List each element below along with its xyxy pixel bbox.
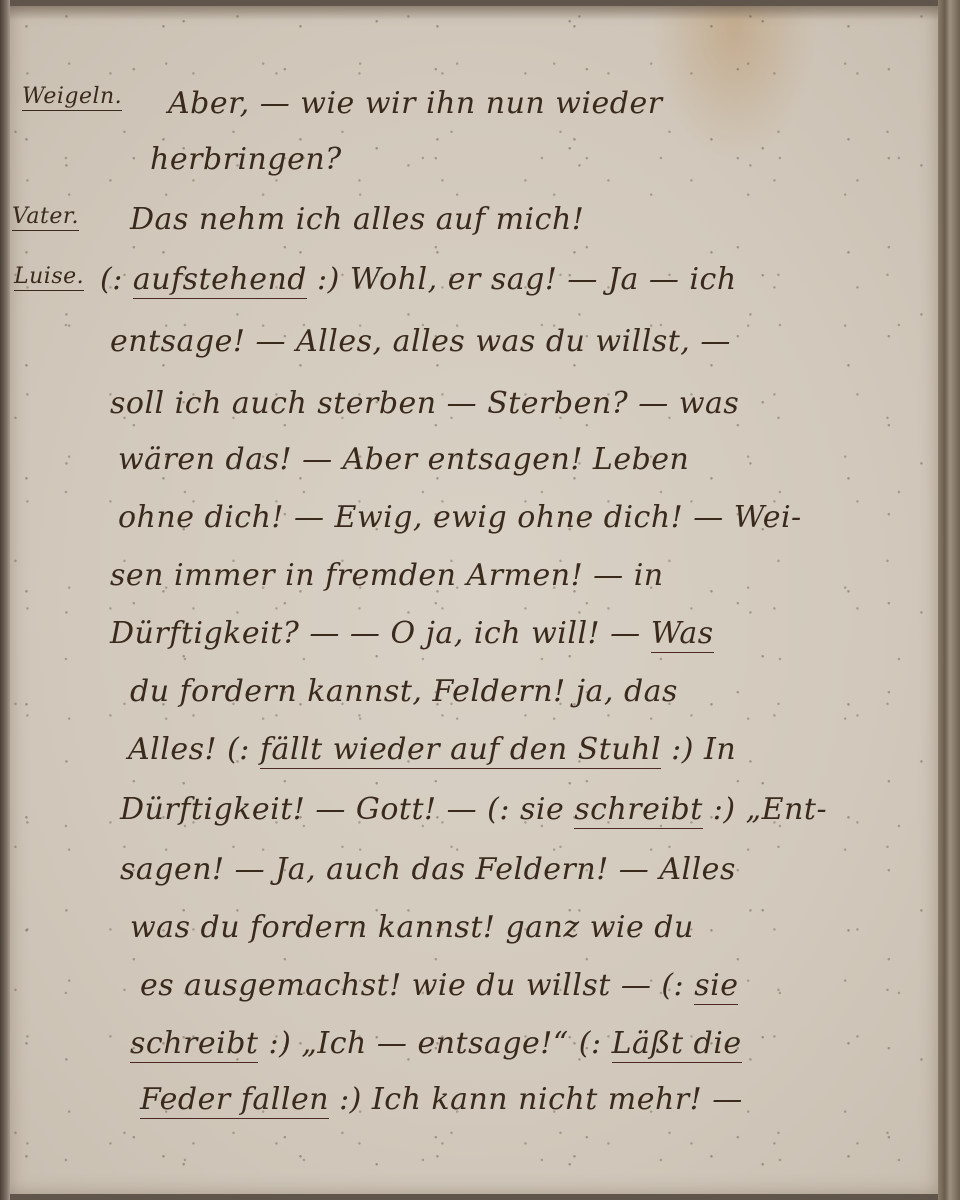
line-text: :) „Ich — entsage!“ (: bbox=[258, 1026, 611, 1061]
manuscript-line: sagen! — Ja, auch das Feldern! — Alles bbox=[120, 852, 736, 887]
manuscript-line: soll ich auch sterben — Sterben? — was bbox=[110, 386, 739, 421]
stage-direction-underlined: aufstehend bbox=[133, 262, 307, 299]
stage-direction-underlined: fällt wieder auf den Stuhl bbox=[260, 732, 661, 769]
line-text: sagen! — Ja, auch das Feldern! — Alles bbox=[120, 852, 736, 887]
line-text: ohne dich! — Ewig, ewig ohne dich! — Wei… bbox=[118, 500, 802, 535]
stage-direction-underlined: sie bbox=[694, 968, 738, 1005]
stage-direction-underlined: Was bbox=[651, 616, 714, 653]
line-text: sen immer in fremden Armen! — in bbox=[110, 558, 664, 593]
manuscript-line: ohne dich! — Ewig, ewig ohne dich! — Wei… bbox=[118, 500, 802, 535]
line-text: wären das! — Aber entsagen! Leben bbox=[118, 442, 689, 477]
manuscript-line: Feder fallen :) Ich kann nicht mehr! — bbox=[140, 1082, 743, 1117]
manuscript-line: Dürftigkeit! — Gott! — (: sie schreibt :… bbox=[120, 792, 827, 827]
line-text: :) Ich kann nicht mehr! — bbox=[329, 1082, 743, 1117]
line-text: entsage! — Alles, alles was du willst, — bbox=[110, 324, 731, 359]
stage-direction-underlined: schreibt bbox=[574, 792, 702, 829]
line-text: soll ich auch sterben — Sterben? — was bbox=[110, 386, 739, 421]
manuscript-line: Das nehm ich alles auf mich! bbox=[130, 202, 584, 237]
manuscript-line: wären das! — Aber entsagen! Leben bbox=[118, 442, 689, 477]
stage-direction-underlined: schreibt bbox=[130, 1026, 258, 1063]
manuscript-line: es ausgemachst! wie du willst — (: sie bbox=[140, 968, 738, 1003]
manuscript-line: entsage! — Alles, alles was du willst, — bbox=[110, 324, 731, 359]
line-text: es ausgemachst! wie du willst — (: bbox=[140, 968, 694, 1003]
line-text: Das nehm ich alles auf mich! bbox=[130, 202, 584, 237]
speaker-label: Luise. bbox=[14, 264, 84, 291]
page-edge-right bbox=[938, 0, 960, 1200]
line-text: (: bbox=[100, 262, 133, 297]
binding-edge-left bbox=[0, 0, 10, 1200]
line-text: Aber, — wie wir ihn nun wieder bbox=[168, 86, 663, 121]
stage-direction-underlined: Läßt die bbox=[612, 1026, 742, 1063]
manuscript-line: Dürftigkeit? — — O ja, ich will! — Was bbox=[110, 616, 714, 651]
line-text: Alles! (: bbox=[128, 732, 260, 767]
manuscript-line: herbringen? bbox=[150, 142, 342, 177]
paper-texture bbox=[10, 6, 938, 1194]
speaker-label: Weigeln. bbox=[22, 84, 122, 111]
manuscript-line: Aber, — wie wir ihn nun wieder bbox=[168, 86, 663, 121]
manuscript-page: Weigeln. Vater. Luise. Aber, — wie wir i… bbox=[10, 6, 938, 1194]
manuscript-scan: Weigeln. Vater. Luise. Aber, — wie wir i… bbox=[0, 0, 960, 1200]
manuscript-line: schreibt :) „Ich — entsage!“ (: Läßt die bbox=[130, 1026, 742, 1061]
stage-direction-underlined: Feder fallen bbox=[140, 1082, 329, 1119]
manuscript-line: du fordern kannst, Feldern! ja, das bbox=[130, 674, 678, 709]
line-text: herbringen? bbox=[150, 142, 342, 177]
manuscript-line: was du fordern kannst! ganz wie du bbox=[130, 910, 694, 945]
line-text: Dürftigkeit! — Gott! — (: sie bbox=[120, 792, 574, 827]
manuscript-line: sen immer in fremden Armen! — in bbox=[110, 558, 664, 593]
line-text: du fordern kannst, Feldern! ja, das bbox=[130, 674, 678, 709]
line-text: was du fordern kannst! ganz wie du bbox=[130, 910, 694, 945]
manuscript-line: (: aufstehend :) Wohl, er sag! — Ja — ic… bbox=[100, 262, 737, 297]
manuscript-line: Alles! (: fällt wieder auf den Stuhl :) … bbox=[128, 732, 736, 767]
speaker-label: Vater. bbox=[12, 204, 79, 231]
line-text: :) In bbox=[661, 732, 736, 767]
line-text: :) „Ent- bbox=[703, 792, 827, 827]
line-text: Dürftigkeit? — — O ja, ich will! — bbox=[110, 616, 651, 651]
line-text: :) Wohl, er sag! — Ja — ich bbox=[307, 262, 737, 297]
